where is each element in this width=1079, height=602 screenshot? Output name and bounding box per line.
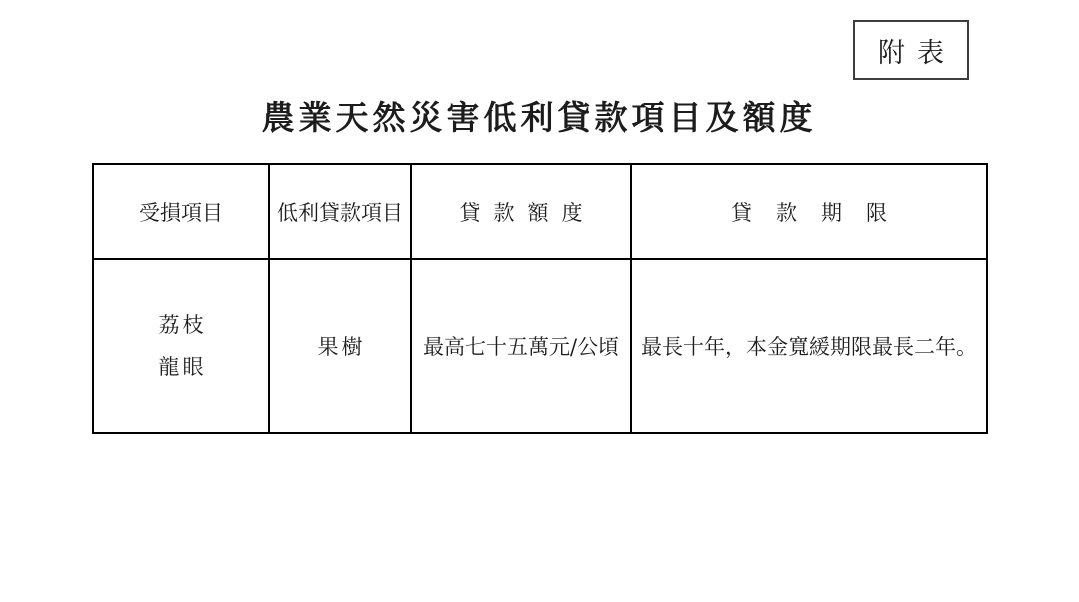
- cell-loan-item: 果樹: [269, 259, 411, 433]
- cell-damaged-item: 荔枝 龍眼: [93, 259, 269, 433]
- table-row: 荔枝 龍眼 果樹 最高七十五萬元/公頃 最長十年，本金寬緩期限最長二年。: [93, 259, 987, 433]
- col-header-loan-item: 低利貸款項目: [269, 164, 411, 259]
- col-header-damaged-item: 受損項目: [93, 164, 269, 259]
- damaged-item-line-2: 龍眼: [94, 346, 268, 388]
- col-header-loan-amount: 貸款額度: [411, 164, 631, 259]
- page-title: 農業天然災害低利貸款項目及額度: [92, 94, 986, 142]
- damaged-item-line-1: 荔枝: [94, 304, 268, 346]
- appendix-label: 附表: [866, 31, 956, 70]
- loan-table: 受損項目 低利貸款項目 貸款額度 貸款期限 荔枝 龍眼 果樹 最高七十五萬元/公…: [92, 163, 988, 434]
- col-header-loan-term: 貸款期限: [631, 164, 987, 259]
- cell-loan-term: 最長十年，本金寬緩期限最長二年。: [631, 259, 987, 433]
- cell-loan-amount: 最高七十五萬元/公頃: [411, 259, 631, 433]
- appendix-label-box: 附表: [853, 20, 969, 80]
- table-header-row: 受損項目 低利貸款項目 貸款額度 貸款期限: [93, 164, 987, 259]
- document-page: 附表 農業天然災害低利貸款項目及額度 受損項目 低利貸款項目 貸款額度 貸款期限…: [0, 0, 1079, 602]
